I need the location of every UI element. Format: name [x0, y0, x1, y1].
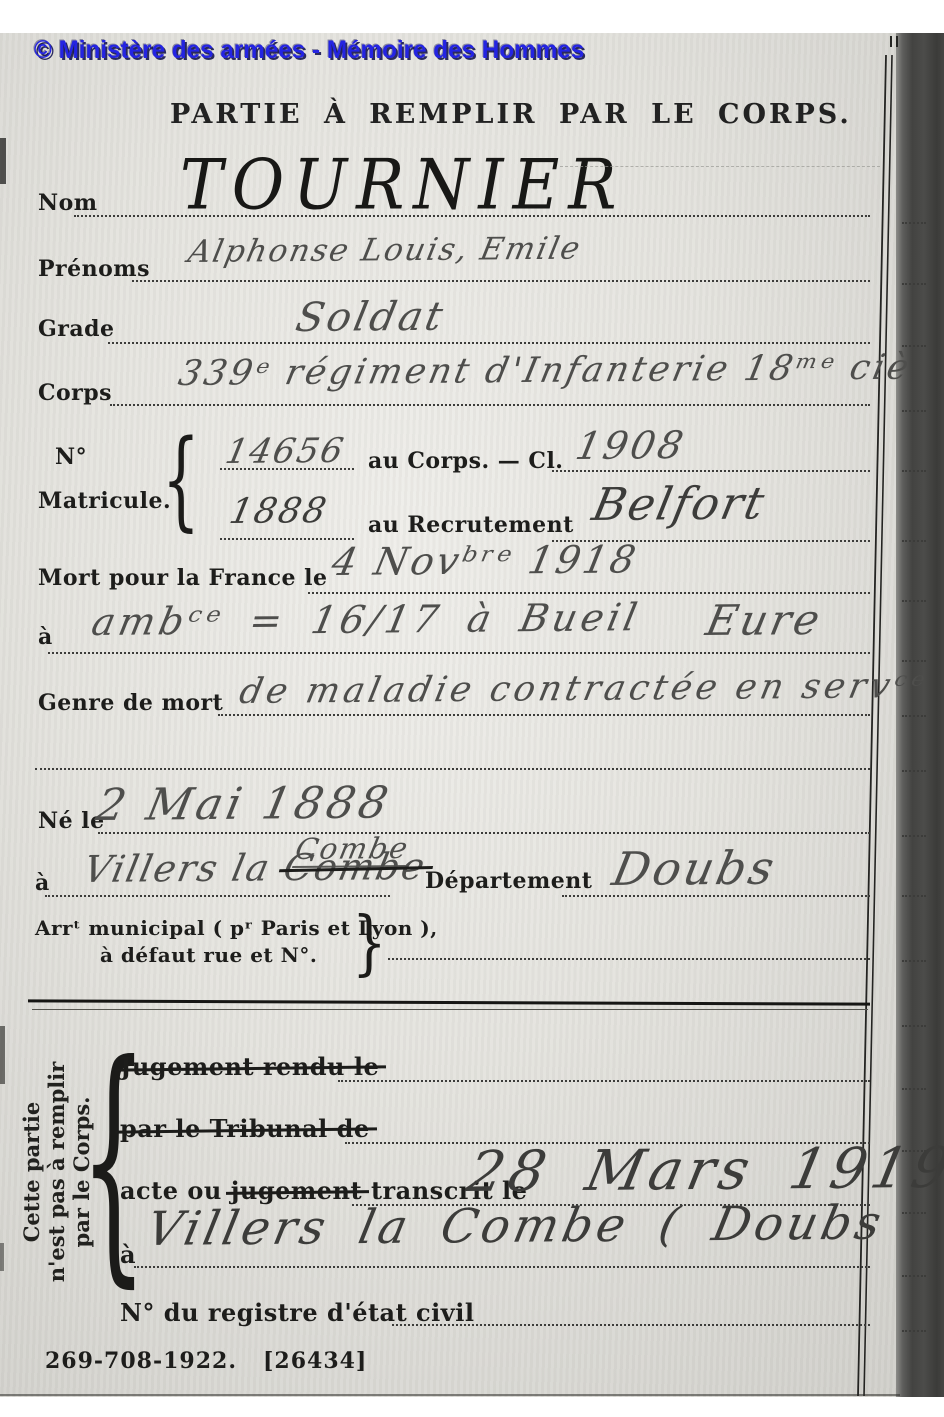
- dotted-line: [108, 342, 870, 344]
- genre-mort-label: Genre de mort: [38, 690, 223, 716]
- scan-speck: [0, 1026, 5, 1084]
- imprint: 269-708-1922. [26434]: [45, 1348, 367, 1374]
- genre-mort-value: de maladie contractée en servᶜᵉ: [236, 666, 932, 712]
- transcrit-lieu-label: à: [120, 1240, 136, 1269]
- mort-lieu-departement: Eure: [702, 595, 827, 645]
- dotted-line: [98, 832, 870, 834]
- side-note-line1: Cette partie: [19, 1052, 44, 1292]
- matricule-corps-number: 14656: [222, 431, 349, 472]
- transcrit-lieu-value: Villers la Combe ( Doubs: [142, 1196, 889, 1257]
- page-title: PARTIE À REMPLIR PAR LE CORPS.: [170, 99, 852, 130]
- paper-bottom-edge: [0, 1394, 900, 1396]
- ne-a-value: Villers la Combe: [80, 845, 430, 891]
- dotted-line: [338, 1080, 870, 1082]
- mort-le-value: 4 Novᵇʳᵉ 1918: [328, 537, 642, 584]
- dotted-line: [562, 895, 870, 897]
- dotted-stub: [902, 345, 926, 347]
- matricule-recrutement-number: 1888: [226, 491, 331, 532]
- dotted-line: [220, 468, 354, 470]
- dotted-stub: [902, 1275, 926, 1277]
- registre-label: N° du registre d'état civil: [120, 1298, 474, 1327]
- dotted-stub: [902, 1330, 926, 1332]
- tribunal-label: par le Tribunal de: [120, 1114, 370, 1143]
- jugement-label-text: Jugement rendu le: [120, 1052, 379, 1081]
- dotted-stub: [902, 660, 926, 662]
- dotted-line: [308, 592, 870, 594]
- matricule-brace: {: [162, 426, 200, 534]
- mort-le-label: Mort pour la France le: [38, 565, 328, 591]
- dotted-stub: [902, 960, 926, 962]
- ne-a-label: à: [35, 870, 50, 896]
- matricule-label: Matricule.: [38, 488, 171, 514]
- classe-value: 1908: [572, 423, 690, 468]
- dotted-line: [74, 215, 870, 217]
- dotted-stub: [902, 540, 926, 542]
- prenoms-label: Prénoms: [38, 256, 150, 282]
- dotted-stub: [902, 222, 926, 224]
- dotted-line: [45, 895, 390, 897]
- dotted-stub: [902, 1025, 926, 1027]
- mort-lieu-value: ambᶜᵉ = 16/17 à Bueil: [88, 595, 645, 644]
- section-rule-thin: [32, 1009, 868, 1010]
- dotted-line: [388, 958, 870, 960]
- tribunal-label-text: par le Tribunal de: [120, 1114, 370, 1143]
- dotted-stub: [902, 895, 926, 897]
- dotted-line: [134, 1266, 870, 1268]
- ne-le-value: 2 Mai 1888: [92, 777, 396, 831]
- watermark-text: © Ministère des armées - Mémoire des Hom…: [34, 36, 584, 65]
- scan-speck: [0, 138, 6, 184]
- departement-value: Doubs: [608, 841, 782, 896]
- corps-value: 339ᵉ régiment d'Infanterie 18ᵐᵉ ciè: [175, 348, 915, 394]
- dotted-stub: [902, 715, 926, 717]
- dotted-stub: [902, 410, 926, 412]
- dotted-stub: [902, 1150, 926, 1152]
- dotted-line: [552, 470, 870, 472]
- recrutement-value: Belfort: [588, 477, 771, 531]
- dotted-line: [132, 280, 870, 282]
- imprint-number: [26434]: [263, 1348, 367, 1374]
- nom-value: TOURNIER: [180, 146, 625, 226]
- nom-label: Nom: [38, 190, 98, 216]
- imprint-code: 269-708-1922.: [45, 1348, 237, 1374]
- dotted-stub: [902, 470, 926, 472]
- dotted-line: [220, 538, 354, 540]
- grade-value: Soldat: [292, 294, 449, 341]
- dotted-stub: [902, 1088, 926, 1090]
- dotted-line: [392, 1324, 870, 1326]
- grade-label: Grade: [38, 316, 115, 342]
- dotted-stub: [902, 283, 926, 285]
- side-note-line2: n'est pas à remplir: [44, 1052, 69, 1292]
- dotted-line: [560, 166, 880, 167]
- arr-municipal-label-2: à défaut rue et N°.: [100, 943, 317, 967]
- mort-lieu-label: à: [38, 624, 53, 650]
- corps-label: Corps: [38, 380, 112, 406]
- dotted-stub: [902, 770, 926, 772]
- arr-municipal-brace: }: [352, 908, 387, 978]
- scan-speck: [0, 1243, 4, 1271]
- au-corps-label: au Corps. — Cl.: [368, 448, 563, 474]
- transcrit-value: 28 Mars 1919: [462, 1136, 944, 1205]
- departement-label: Département: [425, 868, 592, 894]
- dotted-line: [35, 768, 870, 770]
- ne-a-value-pre: Villers la: [80, 846, 289, 891]
- dotted-stub: [902, 1212, 926, 1214]
- dotted-stub: [902, 600, 926, 602]
- scanned-record-page: © Ministère des armées - Mémoire des Hom…: [0, 0, 944, 1417]
- dotted-stub: [902, 835, 926, 837]
- au-recrutement-label: au Recrutement: [368, 512, 574, 538]
- dotted-line: [48, 652, 870, 654]
- jugement-label: Jugement rendu le: [120, 1052, 379, 1081]
- matricule-label-no: N°: [55, 444, 87, 470]
- dotted-line: [218, 714, 870, 716]
- ne-a-value-struck: Combe: [280, 845, 430, 889]
- dotted-line: [110, 404, 870, 406]
- prenoms-value: Alphonse Louis, Emile: [185, 231, 585, 270]
